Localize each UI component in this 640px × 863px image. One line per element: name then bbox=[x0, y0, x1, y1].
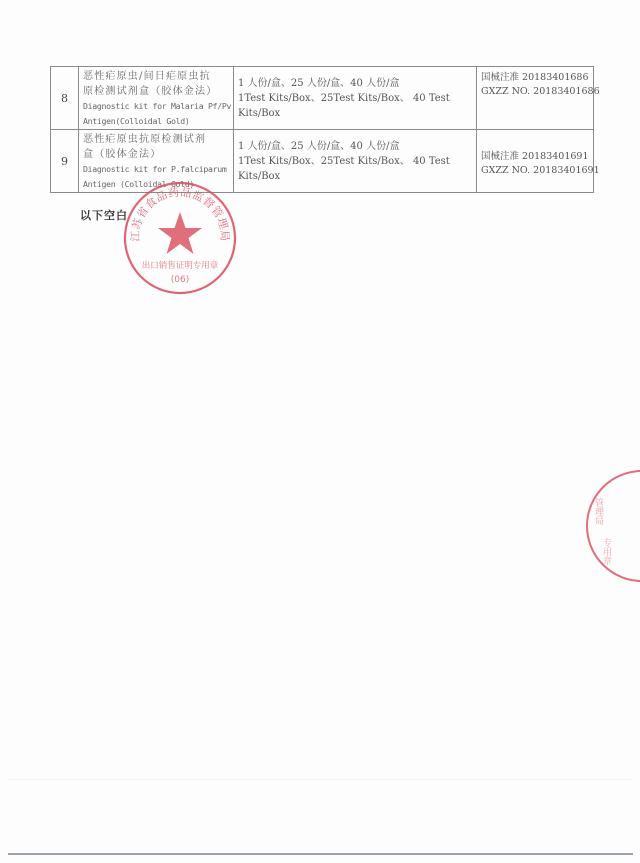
row-number: 8 bbox=[51, 67, 79, 130]
svg-text:管理局: 管理局 bbox=[593, 497, 604, 526]
registration-number-en: GXZZ NO. 20183401686 bbox=[481, 85, 589, 99]
partial-seal-page-edge: 管理局 专用章 bbox=[580, 468, 640, 584]
svg-text:(06): (06) bbox=[171, 275, 189, 285]
product-name-zh: 恶性疟原虫抗原检测试剂 bbox=[83, 132, 229, 147]
faint-divider bbox=[8, 779, 633, 780]
spec-en: 1Test Kits/Box、25Test Kits/Box、 40 Test bbox=[238, 154, 472, 169]
product-name-cell: 恶性疟原虫/间日疟原虫抗 原检测试剂盒（胶体金法） Diagnostic kit… bbox=[79, 67, 234, 130]
row-number: 9 bbox=[51, 130, 79, 193]
product-name-en: Antigen(Colloidal Gold) bbox=[83, 114, 229, 129]
registration-number-cell: 国械注准 20183401686 GXZZ NO. 20183401686 bbox=[477, 67, 594, 130]
spec-en: Kits/Box bbox=[238, 106, 472, 121]
registration-number-en: GXZZ NO. 20183401691 bbox=[481, 164, 589, 178]
registration-number-zh: 国械注准 20183401691 bbox=[481, 150, 589, 164]
product-name-zh: 恶性疟原虫/间日疟原虫抗 bbox=[83, 69, 229, 84]
spec-zh: 1 人份/盒、25 人份/盒、40 人份/盒 bbox=[238, 76, 472, 91]
official-seal: 江苏省食品药品监督管理局 出口销售证明专用章 (06) bbox=[122, 180, 238, 296]
specification-cell: 1 人份/盒、25 人份/盒、40 人份/盒 1Test Kits/Box、25… bbox=[234, 130, 477, 193]
spec-en: Kits/Box bbox=[238, 169, 472, 184]
product-name-zh: 原检测试剂盒（胶体金法） bbox=[83, 84, 229, 99]
registration-number-zh: 国械注准 20183401686 bbox=[481, 71, 589, 85]
table-row: 8 恶性疟原虫/间日疟原虫抗 原检测试剂盒（胶体金法） Diagnostic k… bbox=[51, 67, 594, 130]
svg-text:出口销售证明专用章: 出口销售证明专用章 bbox=[142, 260, 219, 271]
svg-text:专用章: 专用章 bbox=[601, 537, 612, 566]
spec-en: 1Test Kits/Box、25Test Kits/Box、 40 Test bbox=[238, 91, 472, 106]
document-page: 8 恶性疟原虫/间日疟原虫抗 原检测试剂盒（胶体金法） Diagnostic k… bbox=[0, 0, 640, 863]
seal-star-icon: 江苏省食品药品监督管理局 出口销售证明专用章 (06) bbox=[122, 180, 238, 296]
spec-zh: 1 人份/盒、25 人份/盒、40 人份/盒 bbox=[238, 139, 472, 154]
product-registration-table: 8 恶性疟原虫/间日疟原虫抗 原检测试剂盒（胶体金法） Diagnostic k… bbox=[50, 66, 594, 193]
product-name-zh: 盒（胶体金法） bbox=[83, 147, 229, 162]
product-name-en: Diagnostic kit for Malaria Pf/Pv bbox=[83, 99, 229, 114]
blank-below-note: 以下空白 bbox=[80, 207, 128, 223]
page-bottom-rule bbox=[8, 853, 633, 855]
specification-cell: 1 人份/盒、25 人份/盒、40 人份/盒 1Test Kits/Box、25… bbox=[234, 67, 477, 130]
registration-number-cell: 国械注准 20183401691 GXZZ NO. 20183401691 bbox=[477, 130, 594, 193]
product-name-en: Diagnostic kit for P.falciparum bbox=[83, 162, 229, 177]
